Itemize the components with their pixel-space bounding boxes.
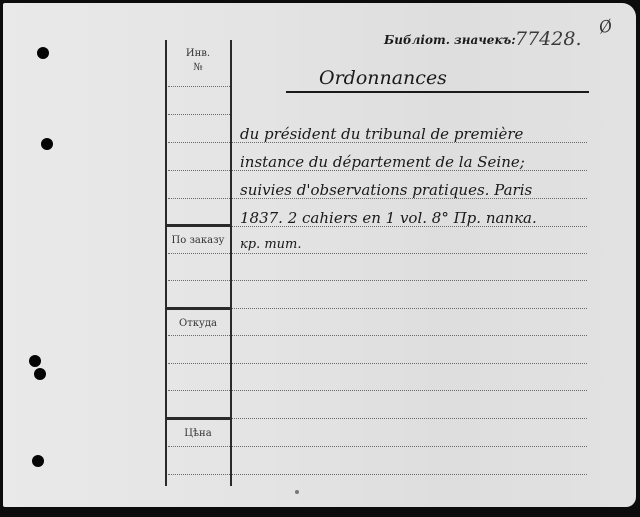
left-rule: [168, 335, 230, 336]
catalog-card: Инв. № По заказу Откуда Цѣна Библiот. зн…: [3, 3, 636, 507]
punch-hole-5: [32, 455, 44, 467]
body-rule: [232, 418, 587, 419]
left-rule: [168, 363, 230, 364]
description-line-2: instance du département de la Seine;: [240, 153, 525, 171]
section-divider-price: [166, 417, 231, 420]
body-rule: [232, 363, 587, 364]
price-label: Цѣна: [166, 428, 230, 439]
section-divider-order: [166, 224, 231, 227]
left-rule: [168, 114, 230, 115]
inventory-label: Инв.: [166, 48, 230, 59]
left-rule: [168, 280, 230, 281]
title-underline: [286, 91, 589, 93]
description-line-4: 1837. 2 cahiers en 1 vol. 8° Пр. папка.: [240, 209, 537, 227]
punch-hole-4: [34, 368, 46, 380]
body-rule: [232, 390, 587, 391]
order-label: По заказу: [166, 235, 230, 246]
left-rule: [168, 198, 230, 199]
description-line-3: suivies d'observations pratiques. Paris: [240, 181, 532, 199]
shelf-mark-number: 77428.: [515, 28, 581, 50]
punch-hole-1: [37, 47, 49, 59]
left-rule: [168, 142, 230, 143]
inventory-number-sign: №: [166, 62, 230, 73]
shelf-mark-label: Библiот. значекъ:: [384, 33, 516, 47]
left-rule: [168, 474, 230, 475]
left-rule: [168, 86, 230, 87]
punch-hole-3: [29, 355, 41, 367]
card-title: Ordonnances: [319, 67, 447, 89]
body-rule: [232, 280, 587, 281]
description-line-1: du président du tribunal de première: [240, 125, 523, 143]
section-divider-source: [166, 307, 231, 310]
body-rule: [232, 308, 587, 309]
source-label: Откуда: [166, 318, 230, 329]
body-rule: [232, 446, 587, 447]
body-rule: [232, 335, 587, 336]
description-line-5: кр. тит.: [240, 237, 302, 252]
body-rule: [232, 253, 587, 254]
punch-hole-2: [41, 138, 53, 150]
left-rule: [168, 253, 230, 254]
body-rule: [232, 474, 587, 475]
left-rule: [168, 390, 230, 391]
paper-speck: [295, 490, 299, 494]
left-rule: [168, 170, 230, 171]
left-rule: [168, 446, 230, 447]
corner-mark: Ø: [597, 16, 615, 38]
